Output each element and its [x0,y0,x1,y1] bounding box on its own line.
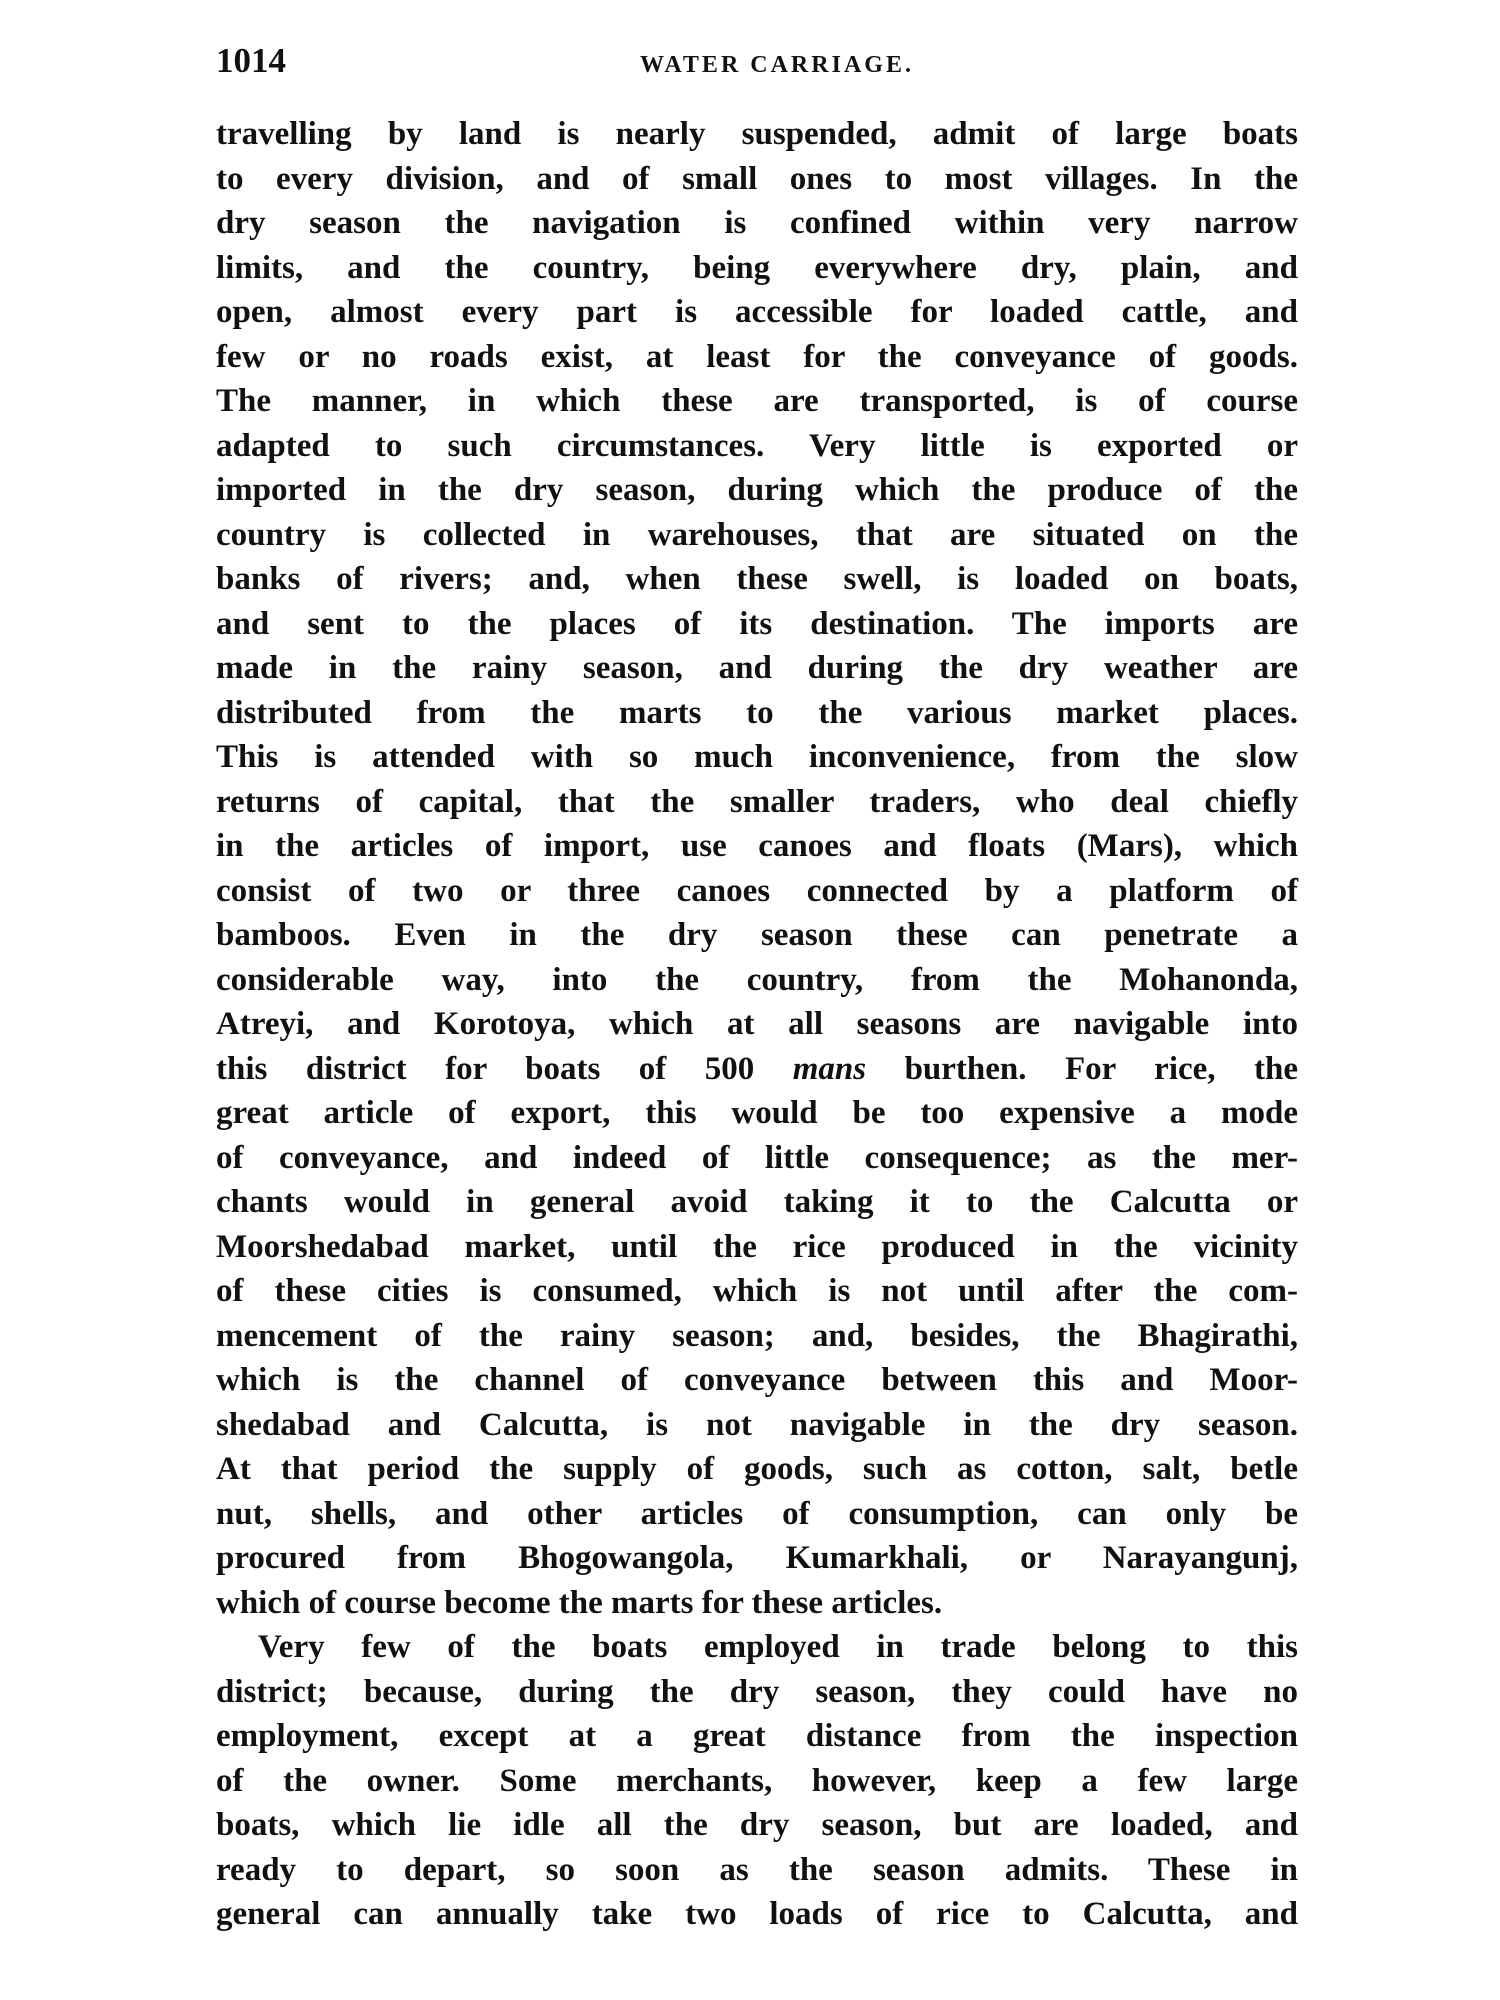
text-line: consist of two or three canoes connected… [216,869,1298,914]
text-line: district; because, during the dry season… [216,1670,1298,1715]
text-line: distributed from the marts to the variou… [216,691,1298,736]
text-line: adapted to such circumstances. Very litt… [216,424,1298,469]
text-line: banks of rivers; and, when these swell, … [216,557,1298,602]
text-line: made in the rainy season, and during the… [216,646,1298,691]
italic-term-mans: mans [793,1051,866,1087]
text-line: returns of capital, that the smaller tra… [216,780,1298,825]
text-segment: burthen. For rice, the [866,1051,1298,1087]
text-line: few or no roads exist, at least for the … [216,335,1298,380]
text-line: country is collected in warehouses, that… [216,513,1298,558]
text-line: At that period the supply of goods, such… [216,1447,1298,1492]
text-line: in the articles of import, use canoes an… [216,824,1298,869]
text-line: employment, except at a great distance f… [216,1714,1298,1759]
text-line: considerable way, into the country, from… [216,958,1298,1003]
text-segment: this district for boats of 500 [216,1051,793,1087]
body-text: travelling by land is nearly suspended, … [216,112,1298,1937]
paragraph-2: Very few of the boats employed in trade … [216,1625,1298,1937]
text-line: which is the channel of conveyance betwe… [216,1358,1298,1403]
text-line: This is attended with so much inconvenie… [216,735,1298,780]
running-title: WATER CARRIAGE. [216,40,1298,90]
text-line: of these cities is consumed, which is no… [216,1269,1298,1314]
text-line: bamboos. Even in the dry season these ca… [216,913,1298,958]
text-line: nut, shells, and other articles of consu… [216,1492,1298,1537]
text-line: open, almost every part is accessible fo… [216,290,1298,335]
text-line: to every division, and of small ones to … [216,157,1298,202]
text-line-paragraph-end: which of course become the marts for the… [216,1581,1298,1626]
book-page: 1014 WATER CARRIAGE. travelling by land … [0,0,1500,2000]
text-line: mencement of the rainy season; and, besi… [216,1314,1298,1359]
text-line: Moorshedabad market, until the rice prod… [216,1225,1298,1270]
text-line: great article of export, this would be t… [216,1091,1298,1136]
text-line-paragraph-start: Very few of the boats employed in trade … [216,1625,1298,1670]
text-line: procured from Bhogowangola, Kumarkhali, … [216,1536,1298,1581]
text-line: general can annually take two loads of r… [216,1892,1298,1937]
text-line: ready to depart, so soon as the season a… [216,1848,1298,1893]
text-line: imported in the dry season, during which… [216,468,1298,513]
text-line-with-italic: this district for boats of 500 mans burt… [216,1047,1298,1092]
text-line: dry season the navigation is confined wi… [216,201,1298,246]
paragraph-1: travelling by land is nearly suspended, … [216,112,1298,1625]
text-line: boats, which lie idle all the dry season… [216,1803,1298,1848]
running-head: 1014 WATER CARRIAGE. [216,36,1298,86]
text-line: shedabad and Calcutta, is not navigable … [216,1403,1298,1448]
text-line: Atreyi, and Korotoya, which at all seaso… [216,1002,1298,1047]
text-line: limits, and the country, being everywher… [216,246,1298,291]
text-line: chants would in general avoid taking it … [216,1180,1298,1225]
text-line: The manner, in which these are transport… [216,379,1298,424]
text-line: and sent to the places of its destinatio… [216,602,1298,647]
text-line: travelling by land is nearly suspended, … [216,112,1298,157]
text-line: of conveyance, and indeed of little cons… [216,1136,1298,1181]
text-line: of the owner. Some merchants, however, k… [216,1759,1298,1804]
